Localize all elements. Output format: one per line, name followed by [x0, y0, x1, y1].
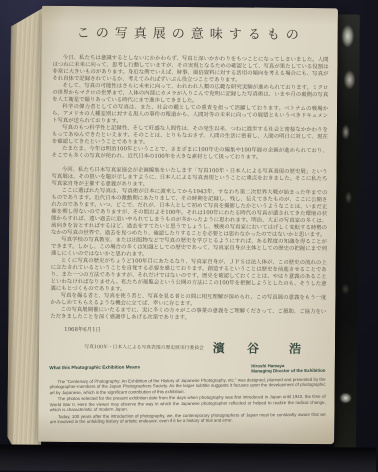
jp-paragraph: ここに選ばれた写真は、写真術が日本に渡来してから1943年、すなわち第二次世界大… [51, 188, 327, 239]
japanese-text-section-2: 今回、私たち日本写真家協会が企画編集をいたします「写真100年・日本人による写真… [50, 167, 327, 323]
jp-paragraph: 今日、私たちは意識するとしないにかかわらず、写真と深いかかわりをもつことになって… [52, 55, 328, 85]
bottom-shadow [0, 444, 376, 472]
english-author-title: Managing Director of the Exhibition [251, 368, 325, 374]
jp-paragraph: 写真のもつ科学性と記録性、そして旺盛な人間性は、その発生以来、つねに進歩する社会… [52, 125, 328, 148]
jp-paragraph: 写真学校の写真教室、または出版物などで写真の歴史を学びとるようにすれば、ある程度… [51, 237, 327, 260]
jp-paragraph: そして、写真の可能性はさらに未来に向って、われわれ人類の広範な研究実験が進められ… [52, 83, 328, 106]
jp-paragraph: この写真展開催にいたるまでに、実に多くの方々がこの事業の意義をご理解くださって、… [50, 307, 326, 323]
page-title: この写真展の意味するもの [53, 26, 329, 44]
english-section: What this Photographic Exhibition Means … [49, 363, 326, 425]
author-signature: 濱 谷 浩 [213, 339, 310, 357]
en-paragraph: The photos selected for the present exhi… [50, 394, 326, 413]
jp-paragraph: たまたま、今年は明治100年ということで、さまざまに100年史の編集や100年展… [52, 146, 328, 162]
en-paragraph: Today, 100 years after the introduction … [50, 412, 326, 425]
en-paragraph: The "Centenary of Photography: An Exhibi… [49, 377, 325, 396]
signature-row: 写真100年・日本人による写真表現の歴史展実行委員会 濱 谷 浩 [50, 338, 326, 357]
english-heading-row: What this Photographic Exhibition Means … [49, 363, 325, 376]
english-title: What this Photographic Exhibition Means [49, 364, 140, 370]
page-content: この写真展の意味するもの 今日、私たちは意識するとしないにかかわらず、写真と深い… [38, 6, 338, 445]
open-book: この写真展の意味するもの 今日、私たちは意識するとしないにかかわらず、写真と深い… [0, 0, 378, 472]
facing-photo-page-edge [334, 14, 360, 450]
english-body-text: The "Centenary of Photography: An Exhibi… [49, 377, 325, 425]
jp-paragraph: 今回、私たち日本写真家協会が企画編集をいたします「写真100年・日本人による写真… [51, 167, 327, 190]
jp-paragraph: 科学の偉力者としての写真は、また、社会の鑑としての重責を担って活躍しております。… [52, 104, 328, 127]
left-page: この写真展の意味するもの 今日、私たちは意識するとしないにかかわらず、写真と深い… [38, 6, 338, 445]
japanese-text-section-1: 今日、私たちは意識するとしないにかかわらず、写真と深いかかわりをもつことになって… [52, 55, 329, 162]
jp-paragraph: とくに写真の歴史がちょうど100年目にあたるなり、写真家自身が、ＪＰＳは法人体が… [50, 258, 326, 295]
committee-credit: 写真100年・日本人による写真表現の歴史展実行委員会 [84, 343, 204, 351]
date: 1968年6月1日 [64, 325, 326, 335]
english-author-block: Hiroshi Hamaya Managing Director of the … [251, 363, 325, 374]
